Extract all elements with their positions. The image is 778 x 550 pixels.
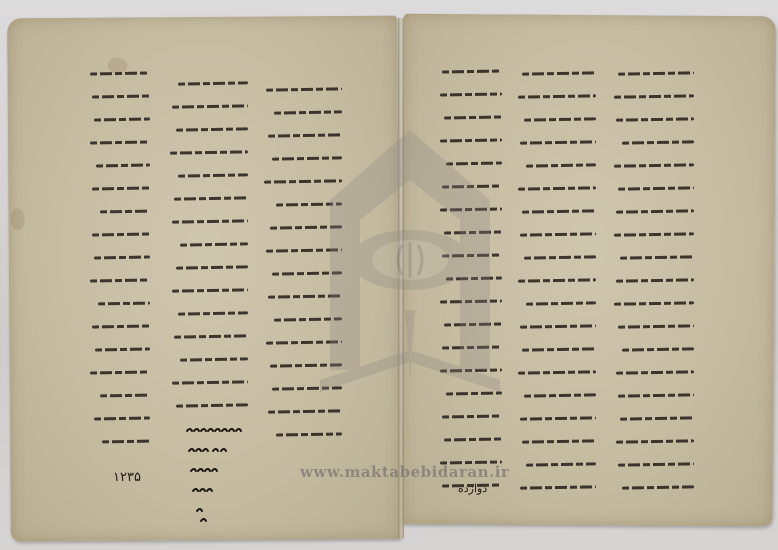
right-page-column-2	[516, 72, 596, 503]
website-watermark: www.maktabebidaran.ir	[300, 463, 509, 481]
left-page-column-1	[88, 72, 150, 457]
library-emblem-watermark	[310, 110, 510, 400]
colophon-decorative-pattern	[185, 425, 245, 525]
catchword-note: دوازده	[458, 482, 487, 495]
colophon-date: ۱۲۳۵	[113, 470, 141, 485]
paper-stain	[11, 208, 25, 230]
left-page-column-2	[170, 82, 248, 421]
right-page-column-3	[612, 72, 694, 503]
